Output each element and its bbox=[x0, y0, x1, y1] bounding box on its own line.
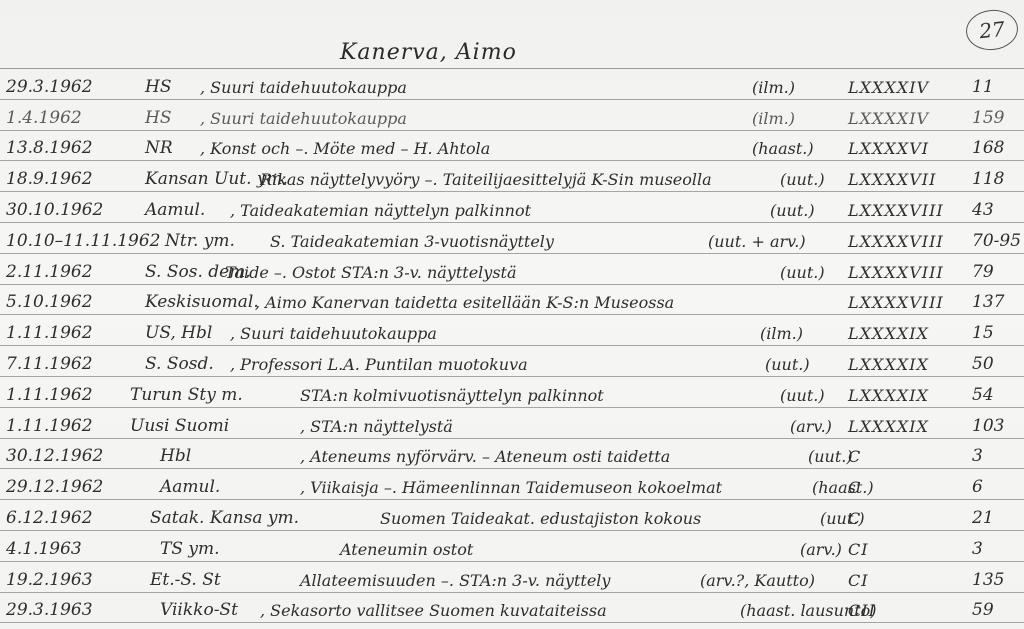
entry-volume: CI bbox=[848, 571, 869, 590]
entry-type: (ilm.) bbox=[752, 109, 795, 128]
entry-source: HS bbox=[145, 108, 171, 128]
entry-page: 59 bbox=[972, 600, 994, 620]
entry-date: 10.10–11.11.1962 bbox=[6, 231, 161, 251]
entry-volume: LXXXXIX bbox=[848, 417, 929, 436]
entry-date: 29.3.1963 bbox=[6, 600, 93, 620]
card-entry: 29.3.1963Viikko-St, Sekasorto vallitsee … bbox=[0, 593, 1024, 624]
entry-title: , STA:n näyttelystä bbox=[300, 417, 453, 436]
entry-title: , Viikaisja –. Hämeenlinnan Taidemuseon … bbox=[300, 478, 722, 497]
entry-page: 79 bbox=[972, 262, 994, 282]
entry-volume: LXXXXVIII bbox=[848, 263, 944, 282]
entry-volume: C bbox=[848, 478, 861, 497]
card-entry: 1.11.1962Turun Sty m.STA:n kolmivuotisnä… bbox=[0, 377, 1024, 408]
page-number-circle: 27 bbox=[964, 7, 1020, 52]
entry-title: , Suuri taidehuutokauppa bbox=[230, 324, 437, 343]
index-card: 27 Kanerva, Aimo 29.3.1962HS, Suuri taid… bbox=[0, 0, 1024, 629]
entry-title: , Aimo Kanervan taidetta esitellään K-S:… bbox=[255, 293, 674, 312]
entry-page: 50 bbox=[972, 354, 994, 374]
entry-date: 7.11.1962 bbox=[6, 354, 93, 374]
card-entry: 13.8.1962NR, Konst och –. Möte med – H. … bbox=[0, 131, 1024, 162]
entry-volume: LXXXXIX bbox=[848, 386, 929, 405]
entry-title: , Ateneums nyförvärv. – Ateneum osti tai… bbox=[300, 447, 670, 466]
entry-page: 137 bbox=[972, 292, 1004, 312]
entry-date: 18.9.1962 bbox=[6, 169, 93, 189]
entry-page: 103 bbox=[972, 416, 1004, 436]
entry-title: Rikas näyttelyvyöry –. Taiteilijaesittel… bbox=[260, 170, 712, 189]
entry-page: 159 bbox=[972, 108, 1004, 128]
entry-date: 2.11.1962 bbox=[6, 262, 93, 282]
entry-source: US, Hbl bbox=[145, 323, 212, 343]
card-entry: 19.2.1963Et.-S. StAllateemisuuden –. STA… bbox=[0, 562, 1024, 593]
entry-page: 3 bbox=[972, 446, 983, 466]
entry-page: 15 bbox=[972, 323, 994, 343]
card-entry: 1.11.1962Uusi Suomi, STA:n näyttelystä(a… bbox=[0, 408, 1024, 439]
entry-source: Keskisuomal. bbox=[145, 292, 259, 312]
entry-page: 21 bbox=[972, 508, 994, 528]
card-entry: 30.12.1962Hbl, Ateneums nyförvärv. – Ate… bbox=[0, 439, 1024, 470]
entry-title: , Konst och –. Möte med – H. Ahtola bbox=[200, 139, 490, 158]
card-entry: 1.11.1962US, Hbl, Suuri taidehuutokauppa… bbox=[0, 315, 1024, 346]
card-entry: 4.1.1963TS ym.Ateneumin ostot(arv.)CI3 bbox=[0, 531, 1024, 562]
entry-page: 168 bbox=[972, 138, 1004, 158]
entry-volume: LXXXXIX bbox=[848, 355, 929, 374]
entry-volume: C bbox=[848, 447, 861, 466]
entry-date: 1.11.1962 bbox=[6, 416, 93, 436]
entry-type: (ilm.) bbox=[752, 78, 795, 97]
entry-title: , Sekasorto vallitsee Suomen kuvataiteis… bbox=[260, 601, 607, 620]
entry-date: 30.10.1962 bbox=[6, 200, 103, 220]
entry-type: (uut.) bbox=[808, 447, 853, 466]
entry-page: 3 bbox=[972, 539, 983, 559]
entry-type: (uut.) bbox=[765, 355, 810, 374]
entry-date: 1.4.1962 bbox=[6, 108, 82, 128]
entry-volume: LXXXXIV bbox=[848, 78, 929, 97]
entry-source: Ntr. ym. bbox=[165, 231, 235, 251]
card-entry: 2.11.1962S. Sos. dem.Taide –. Ostot STA:… bbox=[0, 254, 1024, 285]
entries-list: 29.3.1962HS, Suuri taidehuutokauppa(ilm.… bbox=[0, 69, 1024, 623]
entry-volume: LXXXXIX bbox=[848, 324, 929, 343]
entry-page: 70-95 bbox=[972, 231, 1021, 251]
entry-page: 11 bbox=[972, 77, 994, 97]
card-entry: 5.10.1962Keskisuomal., Aimo Kanervan tai… bbox=[0, 285, 1024, 316]
entry-source: Uusi Suomi bbox=[130, 416, 229, 436]
entry-page: 54 bbox=[972, 385, 994, 405]
entry-type: (arv.) bbox=[790, 417, 832, 436]
card-entry: 7.11.1962S. Sosd., Professori L.A. Punti… bbox=[0, 346, 1024, 377]
card-entry: 18.9.1962Kansan Uut. ym.Rikas näyttelyvy… bbox=[0, 161, 1024, 192]
entry-type: (uut.) bbox=[780, 170, 825, 189]
entry-date: 1.11.1962 bbox=[6, 385, 93, 405]
entry-source: HS bbox=[145, 77, 171, 97]
entry-volume: LXXXXVIII bbox=[848, 201, 944, 220]
entry-volume: LXXXXVIII bbox=[848, 293, 944, 312]
entry-date: 4.1.1963 bbox=[6, 539, 82, 559]
entry-date: 6.12.1962 bbox=[6, 508, 93, 528]
entry-volume: CII bbox=[848, 601, 876, 620]
entry-page: 6 bbox=[972, 477, 983, 497]
entry-title: Allateemisuuden –. STA:n 3-v. näyttely bbox=[300, 571, 610, 590]
entry-date: 29.12.1962 bbox=[6, 477, 103, 497]
entry-source: Viikko-St bbox=[160, 600, 238, 620]
entry-source: TS ym. bbox=[160, 539, 220, 559]
entry-source: NR bbox=[145, 138, 173, 158]
entry-date: 13.8.1962 bbox=[6, 138, 93, 158]
card-entry: 10.10–11.11.1962Ntr. ym.S. Taideakatemia… bbox=[0, 223, 1024, 254]
entry-page: 43 bbox=[972, 200, 994, 220]
entry-type: (arv.?, Kautto) bbox=[700, 571, 815, 590]
card-entry: 30.10.1962Aamul., Taideakatemian näyttel… bbox=[0, 192, 1024, 223]
entry-source: Aamul. bbox=[145, 200, 205, 220]
entry-title: , Suuri taidehuutokauppa bbox=[200, 109, 407, 128]
card-entry: 29.3.1962HS, Suuri taidehuutokauppa(ilm.… bbox=[0, 69, 1024, 100]
entry-title: , Professori L.A. Puntilan muotokuva bbox=[230, 355, 528, 374]
card-heading: Kanerva, Aimo bbox=[340, 40, 517, 65]
card-entry: 29.12.1962Aamul., Viikaisja –. Hämeenlin… bbox=[0, 469, 1024, 500]
entry-source: Et.-S. St bbox=[150, 570, 221, 590]
entry-volume: LXXXXIV bbox=[848, 109, 929, 128]
entry-type: (haast.) bbox=[752, 139, 814, 158]
entry-volume: LXXXXVII bbox=[848, 170, 936, 189]
entry-volume: LXXXXVIII bbox=[848, 232, 944, 251]
entry-title: Ateneumin ostot bbox=[340, 540, 473, 559]
entry-source: S. Sosd. bbox=[145, 354, 214, 374]
entry-date: 5.10.1962 bbox=[6, 292, 93, 312]
card-entry: 6.12.1962Satak. Kansa ym.Suomen Taideaka… bbox=[0, 500, 1024, 531]
entry-type: (uut.) bbox=[780, 386, 825, 405]
entry-date: 1.11.1962 bbox=[6, 323, 93, 343]
entry-volume: CI bbox=[848, 540, 869, 559]
entry-volume: LXXXXVI bbox=[848, 139, 929, 158]
entry-type: (uut.) bbox=[780, 263, 825, 282]
entry-title: , Suuri taidehuutokauppa bbox=[200, 78, 407, 97]
entry-page: 135 bbox=[972, 570, 1004, 590]
entry-volume: C bbox=[848, 509, 861, 528]
entry-source: Turun Sty m. bbox=[130, 385, 243, 405]
entry-title: STA:n kolmivuotisnäyttelyn palkinnot bbox=[300, 386, 604, 405]
entry-type: (uut. + arv.) bbox=[708, 232, 806, 251]
entry-date: 29.3.1962 bbox=[6, 77, 93, 97]
entry-source: Satak. Kansa ym. bbox=[150, 508, 299, 528]
entry-source: Hbl bbox=[160, 446, 191, 466]
entry-title: S. Taideakatemian 3-vuotisnäyttely bbox=[270, 232, 554, 251]
entry-type: (haast.) bbox=[812, 478, 874, 497]
entry-title: Taide –. Ostot STA:n 3-v. näyttelystä bbox=[225, 263, 517, 282]
entry-date: 30.12.1962 bbox=[6, 446, 103, 466]
entry-source: Aamul. bbox=[160, 477, 220, 497]
entry-type: (ilm.) bbox=[760, 324, 803, 343]
entry-page: 118 bbox=[972, 169, 1004, 189]
entry-type: (uut.) bbox=[770, 201, 815, 220]
card-entry: 1.4.1962HS, Suuri taidehuutokauppa(ilm.)… bbox=[0, 100, 1024, 131]
entry-title: , Taideakatemian näyttelyn palkinnot bbox=[230, 201, 531, 220]
entry-date: 19.2.1963 bbox=[6, 570, 93, 590]
entry-type: (arv.) bbox=[800, 540, 842, 559]
entry-title: Suomen Taideakat. edustajiston kokous bbox=[380, 509, 701, 528]
